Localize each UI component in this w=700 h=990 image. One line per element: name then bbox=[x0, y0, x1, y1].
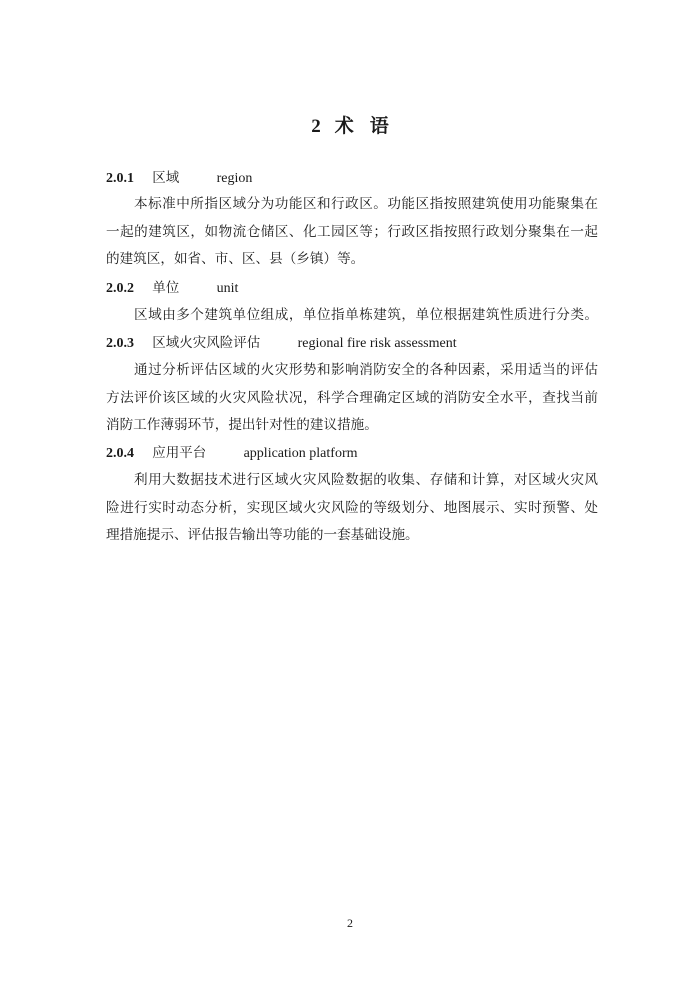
definition-line: 的建筑区，如省、市、区、县（乡镇）等。 bbox=[106, 246, 598, 274]
term-heading: 2.0.4 应用平台 application platform bbox=[106, 443, 358, 463]
term-en: unit bbox=[217, 279, 239, 299]
definition-line: 一起的建筑区，如物流仓储区、化工园区等；行政区指按照行政划分聚集在一起 bbox=[106, 219, 598, 247]
document-page: 2术语 2.0.1 区域 region 本标准中所指区域分为功能区和行政区。功能… bbox=[0, 0, 700, 990]
term-number: 2.0.2 bbox=[106, 279, 148, 299]
term-definition: 通过分析评估区域的火灾形势和影响消防安全的各种因素，采用适当的评估 方法评价该区… bbox=[106, 357, 598, 440]
term-definition: 区域由多个建筑单位组成，单位指单栋建筑，单位根据建筑性质进行分类。 bbox=[106, 302, 598, 330]
term-en: region bbox=[217, 169, 253, 189]
term-zh: 单位 bbox=[152, 278, 212, 298]
page-number: 2 bbox=[0, 916, 700, 931]
term-heading: 2.0.3 区域火灾风险评估 regional fire risk assess… bbox=[106, 333, 457, 353]
chapter-number: 2 bbox=[311, 116, 321, 137]
term-zh: 应用平台 bbox=[152, 443, 239, 463]
term-en: regional fire risk assessment bbox=[298, 334, 457, 354]
term-definition: 本标准中所指区域分为功能区和行政区。功能区指按照建筑使用功能聚集在 一起的建筑区… bbox=[106, 191, 598, 274]
definition-line: 利用大数据技术进行区域火灾风险数据的收集、存储和计算，对区域火灾风 bbox=[106, 467, 598, 495]
definition-line: 险进行实时动态分析，实现区域火灾风险的等级划分、地图展示、实时预警、处 bbox=[106, 495, 598, 523]
term-number: 2.0.4 bbox=[106, 444, 148, 464]
term-en: application platform bbox=[244, 444, 358, 464]
term-number: 2.0.1 bbox=[106, 169, 148, 189]
definition-line: 通过分析评估区域的火灾形势和影响消防安全的各种因素，采用适当的评估 bbox=[106, 357, 598, 385]
term-definition: 利用大数据技术进行区域火灾风险数据的收集、存储和计算，对区域火灾风 险进行实时动… bbox=[106, 467, 598, 550]
chapter-title-char: 术 bbox=[335, 115, 354, 137]
definition-line: 区域由多个建筑单位组成，单位指单栋建筑，单位根据建筑性质进行分类。 bbox=[106, 302, 598, 330]
term-zh: 区域 bbox=[152, 168, 212, 188]
definition-line: 方法评价该区域的火灾风险状况，科学合理确定区域的消防安全水平，查找当前 bbox=[106, 385, 598, 413]
term-zh: 区域火灾风险评估 bbox=[152, 333, 293, 353]
chapter-title-char: 语 bbox=[370, 115, 389, 137]
term-heading: 2.0.1 区域 region bbox=[106, 168, 252, 188]
definition-line: 消防工作薄弱环节，提出针对性的建议措施。 bbox=[106, 412, 598, 440]
definition-line: 理措施提示、评估报告输出等功能的一套基础设施。 bbox=[106, 522, 598, 550]
chapter-title: 2术语 bbox=[0, 112, 700, 141]
term-heading: 2.0.2 单位 unit bbox=[106, 278, 238, 298]
definition-line: 本标准中所指区域分为功能区和行政区。功能区指按照建筑使用功能聚集在 bbox=[106, 191, 598, 219]
term-number: 2.0.3 bbox=[106, 334, 148, 354]
